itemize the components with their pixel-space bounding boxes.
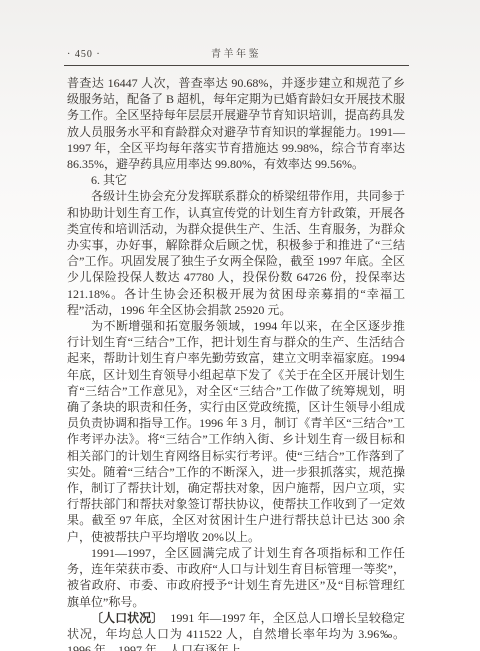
page-header: · 450 · 青羊年鉴 bbox=[67, 0, 405, 60]
header-rule bbox=[64, 65, 409, 66]
section-number-heading: 6. 其它 bbox=[67, 172, 405, 188]
book-title: 青羊年鉴 bbox=[211, 45, 261, 60]
paragraph-associations: 各级计生协会充分发挥联系群众的桥梁纽带作用，共同参于和协助计划生育工作，认真宣传… bbox=[67, 188, 405, 318]
scanned-page: · 450 · 青羊年鉴 普查达 16447 人次，普查率达 90.68%，并逐… bbox=[0, 0, 480, 651]
page-number: · 450 · bbox=[67, 49, 101, 60]
paragraph-awards: 1991—1997，全区圆满完成了计划生育各项指标和工作任务，连年荣获市委、市政… bbox=[67, 545, 405, 610]
paragraph-continuation: 普查达 16447 人次，普查率达 90.68%，并逐步建立和规范了乡级服务站，… bbox=[67, 75, 405, 172]
paragraph-three-combination: 为不断增强和拓宽服务领域，1994 年以来，在全区逐步推行计划生育“三结合”工作… bbox=[67, 318, 405, 545]
page-body: 普查达 16447 人次，普查率达 90.68%，并逐步建立和规范了乡级服务站，… bbox=[67, 75, 405, 651]
entry-population-status: 〔人口状况〕1991 年—1997 年，全区总人口增长呈较稳定状况，年均总人口为… bbox=[67, 610, 405, 651]
text-column: · 450 · 青羊年鉴 普查达 16447 人次，普查率达 90.68%，并逐… bbox=[67, 0, 405, 651]
entry-title: 〔人口状况〕 bbox=[91, 611, 163, 625]
